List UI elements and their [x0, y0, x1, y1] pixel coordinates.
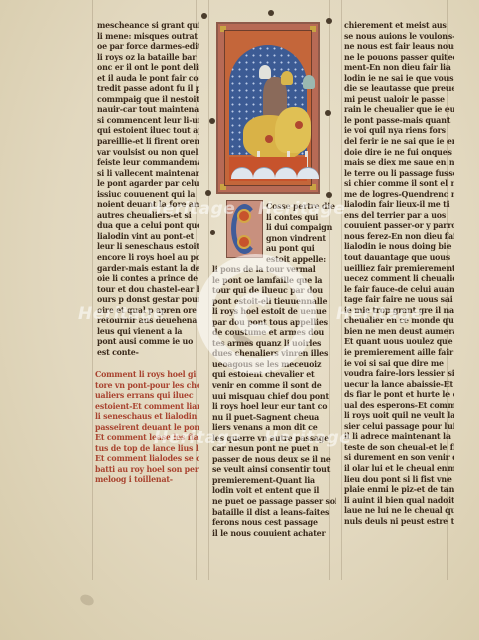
text-line: li dui compaign	[266, 222, 334, 233]
text-line: leur li seneschaus estoit	[97, 241, 194, 252]
text-line: uecez comment li cheualiers	[344, 273, 449, 284]
text-line: ens del terrier par a uos	[344, 210, 449, 221]
text-line: nu il puet-Sagnent cheua	[212, 412, 330, 423]
text-line: pareillie-et li firent orendi	[97, 136, 194, 147]
text-line: lieu dou pont si li fist vne gri	[344, 474, 449, 485]
watermark-text: Heritage	[336, 304, 423, 324]
text-line: del ferir ie ne sai que ie en	[344, 136, 449, 147]
miniature-illumination	[216, 22, 320, 194]
text-line: Comment li roys hoel gi	[95, 369, 194, 380]
text-line: bataille il dist a leans-faites	[212, 507, 330, 518]
text-line: et il auda le pont fair con	[97, 73, 194, 84]
text-line: est conte-	[97, 347, 194, 358]
pen-flourish-icon	[325, 110, 331, 116]
parchment-blemish	[79, 593, 96, 608]
pen-flourish-icon	[326, 18, 332, 24]
text-line: le pont agarder par celui	[97, 178, 194, 189]
text-line: dua que a celui pont que	[97, 220, 194, 231]
rubric-column-left: Comment li roys hoel gitore vn pont-pour…	[95, 369, 199, 485]
text-line: ferons nous cest passage	[212, 517, 330, 528]
text-line: laue ne lui ne le cheual qui	[344, 505, 449, 516]
wave-shape	[297, 167, 319, 179]
watermark-text: Heritage	[148, 199, 235, 219]
text-line: qui estoient iluec tout ap	[97, 125, 194, 136]
text-line: li roys uoit quil ne veult lais	[344, 410, 449, 421]
text-line: voudra faire-lors lessier si	[344, 368, 449, 379]
text-line: ie voi quil nya riens fors	[344, 125, 449, 136]
watermark-text: Heritage	[264, 428, 351, 448]
text-line: batti au roy hoel son pere q	[95, 464, 194, 475]
text-line: feiste leur commandemant	[97, 157, 194, 168]
text-line: sier celui passage pour lui	[344, 421, 449, 432]
pen-flourish-icon	[210, 230, 215, 235]
text-line: ie voi si sai que dire me	[344, 358, 449, 369]
text-line: li mene: misques outrat	[97, 31, 194, 42]
text-line: uecur la lance abaissie-Et mo	[344, 379, 449, 390]
helmet-icon	[303, 75, 315, 89]
text-line: ie premierement aille fair	[344, 347, 449, 358]
text-line: me de logres-Quendrenc nos	[344, 189, 449, 200]
text-line: issiuc couuenent qui la	[97, 189, 194, 200]
text-line: mescheance si grant qui	[97, 20, 194, 31]
text-line: lialodin fair lieux-il me ti	[344, 199, 449, 210]
text-line: il olar lui et le cheual enmi-	[344, 463, 449, 474]
foliate-ornament-icon	[239, 237, 249, 247]
text-line: li roys oz la bataille bar	[97, 52, 194, 63]
text-line: ne puet oe passage passer soi	[212, 496, 330, 507]
text-line: bien ne men deust aumerai	[344, 326, 449, 337]
text-line: die se leautasse que preue	[344, 83, 449, 94]
heraldic-rose-icon	[265, 135, 273, 143]
wave-shape	[253, 167, 275, 179]
text-line: tout dauantage que uous	[344, 252, 449, 263]
text-line: au pont qui	[266, 243, 334, 254]
watermark-text: Heritage	[258, 199, 345, 219]
text-line: si li vallecent maintenant	[97, 168, 194, 179]
text-line: mais se diex me saue en nu	[344, 157, 449, 168]
text-line: pont ausi comme ie uo	[97, 336, 194, 347]
text-line: lodin ie ne sai ie que vous	[344, 73, 449, 84]
ruling-line	[92, 0, 93, 580]
text-line: li seneschaus et lialodin	[95, 411, 194, 422]
text-line: il li adrece maintenant la	[344, 431, 449, 442]
horse-caparison	[275, 107, 311, 153]
text-line: uui misquau chief dou pont	[212, 391, 330, 402]
text-line: si durement en son venir que	[344, 452, 449, 463]
ruling-line	[341, 0, 342, 580]
ground-strip	[229, 157, 307, 181]
manuscript-page: mescheance si grant quili mene: misques …	[0, 0, 479, 640]
text-line: lialodin vint au pont-et	[97, 231, 194, 242]
text-line: premierement-Quant lia	[212, 475, 330, 486]
text-line: li auint il bien qual nadoit	[344, 495, 449, 506]
text-line: ne le pouons passer quitee	[344, 52, 449, 63]
text-line: gnon vindrent	[266, 233, 334, 244]
text-line: tour et dou chastel-ear be	[97, 284, 194, 295]
text-line: nous ferez-En non dieu fair	[344, 231, 449, 242]
text-line: ds fiar le pont et hurte le che	[344, 389, 449, 400]
text-line: li roys hoel leur eur tant co	[212, 401, 330, 412]
pen-flourish-icon	[209, 118, 215, 124]
text-line: onc er il ont le pont delivre	[97, 62, 194, 73]
text-line: tredit passe adont fu il pe	[97, 83, 194, 94]
helmet-icon	[281, 71, 293, 85]
text-line: lialodin ie nous doing bie	[344, 241, 449, 252]
text-line: Et comment lialodes se com	[95, 453, 194, 464]
wave-shape	[275, 167, 297, 179]
text-line: si commencent leur li-uns freres	[97, 115, 194, 126]
text-line: couuient passer-or y parrou	[344, 220, 449, 231]
text-line: doie dire ie ne fui onques	[344, 147, 449, 158]
text-line: venir en comme il sont de	[212, 380, 330, 391]
text-line: teste de son cheual-et le fiert	[344, 442, 449, 453]
text-line: commpaig que il nestoit de	[97, 94, 194, 105]
text-line: ne nous est fair leaus nous	[344, 41, 449, 52]
text-line: ueilliez fair premierement si	[344, 263, 449, 274]
text-line: le pont passe-mais quant	[344, 115, 449, 126]
miniature-frame	[224, 30, 312, 186]
pen-flourish-icon	[268, 10, 274, 16]
text-line: chierement et meist aus	[344, 20, 449, 31]
helmet-icon	[259, 65, 271, 79]
watermark-text: Heritage	[154, 428, 241, 448]
text-line: rain le cheualier que ie eusse	[344, 104, 449, 115]
heritage-watermark-logo	[196, 254, 316, 374]
text-line: si chier comme il sont el royal	[344, 178, 449, 189]
watermark-text: Heritage	[78, 304, 165, 324]
pen-flourish-icon	[205, 190, 211, 196]
text-line: garder-mais estant la de	[97, 263, 194, 274]
text-line: leus qui vienent a la	[97, 326, 194, 337]
text-line: oe par force darmes-edit	[97, 41, 194, 52]
text-line: oie li contes a prince de la	[97, 273, 194, 284]
text-line: estoient-Et comment lian	[95, 401, 194, 412]
foliate-ornament-icon	[239, 211, 249, 221]
text-line: nuls deuls ni peust estre tole	[344, 516, 449, 527]
text-line: se nous auions le voulons-si	[344, 31, 449, 42]
text-line: tore vn pont-pour les che	[95, 380, 194, 391]
text-line: se veult ainsi consentir tout	[212, 464, 330, 475]
pen-flourish-icon	[201, 13, 207, 19]
text-line: le fair fauce-de celui auan	[344, 284, 449, 295]
text-line: il le nous couuient achater	[212, 528, 330, 539]
text-line: mi peust ualoir le passe	[344, 94, 449, 105]
text-line: ualiers errans qui iluec	[95, 390, 194, 401]
text-line: meloog i toillenat-	[95, 474, 194, 485]
text-line: passer de nous deux se il ne	[212, 454, 330, 465]
text-line: le terre ou li passage fussent	[344, 168, 449, 179]
text-line: plaie enmi le piz-et de tant	[344, 484, 449, 495]
wave-shape	[231, 167, 253, 179]
text-line: ual des esperons-Et comme	[344, 400, 449, 411]
text-line: var voulsist ou non quel	[97, 147, 194, 158]
text-line: nauir-car tout maintenant	[97, 104, 194, 115]
heraldic-rose-icon	[295, 121, 303, 129]
text-line: ment-En non dieu fair lia	[344, 62, 449, 73]
text-line: lodin voit et entent que il	[212, 485, 330, 496]
text-column-right: chierement et meist ausse nous auions le…	[344, 20, 454, 526]
text-line: Et quant uous uoulez que	[344, 336, 449, 347]
text-line: encore li roys hoel au pont	[97, 252, 194, 263]
pen-flourish-icon	[326, 192, 332, 198]
